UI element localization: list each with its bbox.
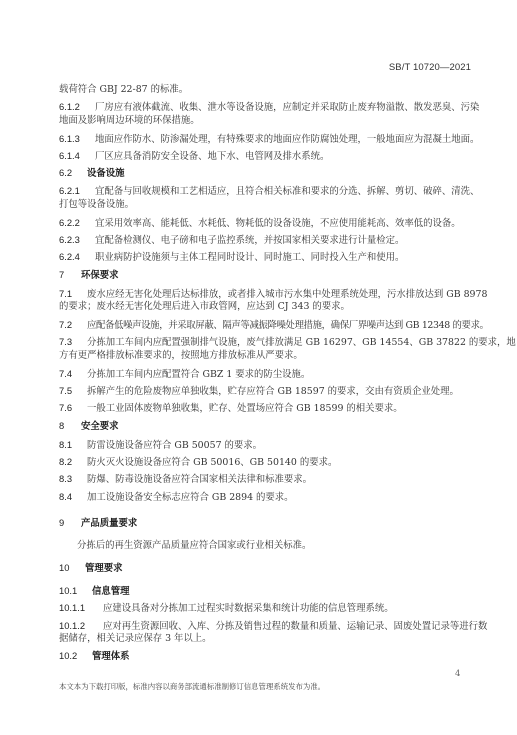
chapter-heading-7: 7环保要求 <box>59 268 474 282</box>
chapter-heading-10: 10管理要求 <box>59 561 474 575</box>
clause-7-1-cont: 的要求；废水经无害化处理后进入市政管网，应达到 CJ 343 的要求。 <box>59 300 474 314</box>
clause-7-5: 7.5拆解产生的危险废物应单独收集，贮存应符合 GB 18597 的要求，交由有… <box>59 384 474 399</box>
clause-7-3-cont: 方有更严格排放标准要求的，按照地方排放标准从严要求。 <box>59 349 474 363</box>
clause-6-1-2: 6.1.2厂房应有液体截流、收集、泄水等设备设施，应制定并采取防止废弃物溢散、散… <box>59 100 474 115</box>
section-heading-10-1: 10.1信息管理 <box>59 584 474 598</box>
clause-6-2-4: 6.2.4职业病防护设施须与主体工程同时设计、同时施工、同时投入生产和使用。 <box>59 250 474 265</box>
clause-8-4: 8.4加工设施设备安全标志应符合 GB 2894 的要求。 <box>59 490 474 505</box>
chapter-heading-9: 9产品质量要求 <box>59 516 474 530</box>
clause-6-2-3: 6.2.3宜配备检测仪、电子磅和电子监控系统，并按国家相关要求进行计量检定。 <box>59 233 474 248</box>
clause-8-1: 8.1防雷设施设备应符合 GB 50057 的要求。 <box>59 438 474 453</box>
document-page: SB/T 10720—2021 载荷符合 GBJ 22-87 的标准。 6.1.… <box>0 0 517 735</box>
clause-6-2-1-cont: 打包等设备设施。 <box>59 198 474 212</box>
clause-10-1-2-cont: 据储存，相关记录应保存 3 年以上。 <box>59 632 474 646</box>
paragraph-9: 分拣后的再生资源产品质量应符合国家或行业相关标准。 <box>77 539 492 553</box>
clause-6-1-2-cont: 地面及影响周边环境的环保措施。 <box>59 114 474 128</box>
standard-code-header: SB/T 10720—2021 <box>389 62 471 73</box>
clause-10-1-1: 10.1.1应建设具备对分拣加工过程实时数据采集和统计功能的信息管理系统。 <box>59 601 474 616</box>
footer-note: 本文本为下载打印版，标准内容以商务部流通标准制修订信息管理系统发布为准。 <box>59 681 325 692</box>
continued-text: 载荷符合 GBJ 22-87 的标准。 <box>59 83 474 97</box>
chapter-heading-8: 8安全要求 <box>59 419 474 433</box>
clause-8-3: 8.3防爆、防毒设施设备应符合国家相关法律和标准要求。 <box>59 472 474 487</box>
clause-6-2-2: 6.2.2宜采用效率高、能耗低、水耗低、物耗低的设备设施，不应使用能耗高、效率低… <box>59 216 474 231</box>
clause-6-2-1: 6.2.1宜配备与回收规模和工艺相适应，且符合相关标准和要求的分选、拆解、剪切、… <box>59 184 474 199</box>
page-number: 4 <box>455 669 460 679</box>
clause-6-1-3: 6.1.3地面应作防水、防渗漏处理，有特殊要求的地面应作防腐蚀处理，一般地面应为… <box>59 132 474 147</box>
clause-8-2: 8.2防火灭火设施设备应符合 GB 50016、GB 50140 的要求。 <box>59 455 474 470</box>
clause-7-2: 7.2应配备低噪声设施，并采取屏蔽、隔声等减振降噪处理措施，确保厂界噪声达到 G… <box>59 318 474 333</box>
clause-7-4: 7.4分拣加工车间内应配置符合 GBZ 1 要求的防尘设施。 <box>59 367 474 382</box>
section-heading-10-2: 10.2管理体系 <box>59 649 474 663</box>
clause-7-6: 7.6一般工业固体废物单独收集，贮存、处置场应符合 GB 18599 的相关要求… <box>59 401 474 416</box>
clause-6-1-4: 6.1.4厂区应具备消防安全设备、地下水、电管网及排水系统。 <box>59 149 474 164</box>
clause-7-3: 7.3分拣加工车间内应配置强制排气设施，废气排放满足 GB 16297、GB 1… <box>59 335 474 350</box>
section-heading-6-2: 6.2设备设施 <box>59 166 474 180</box>
